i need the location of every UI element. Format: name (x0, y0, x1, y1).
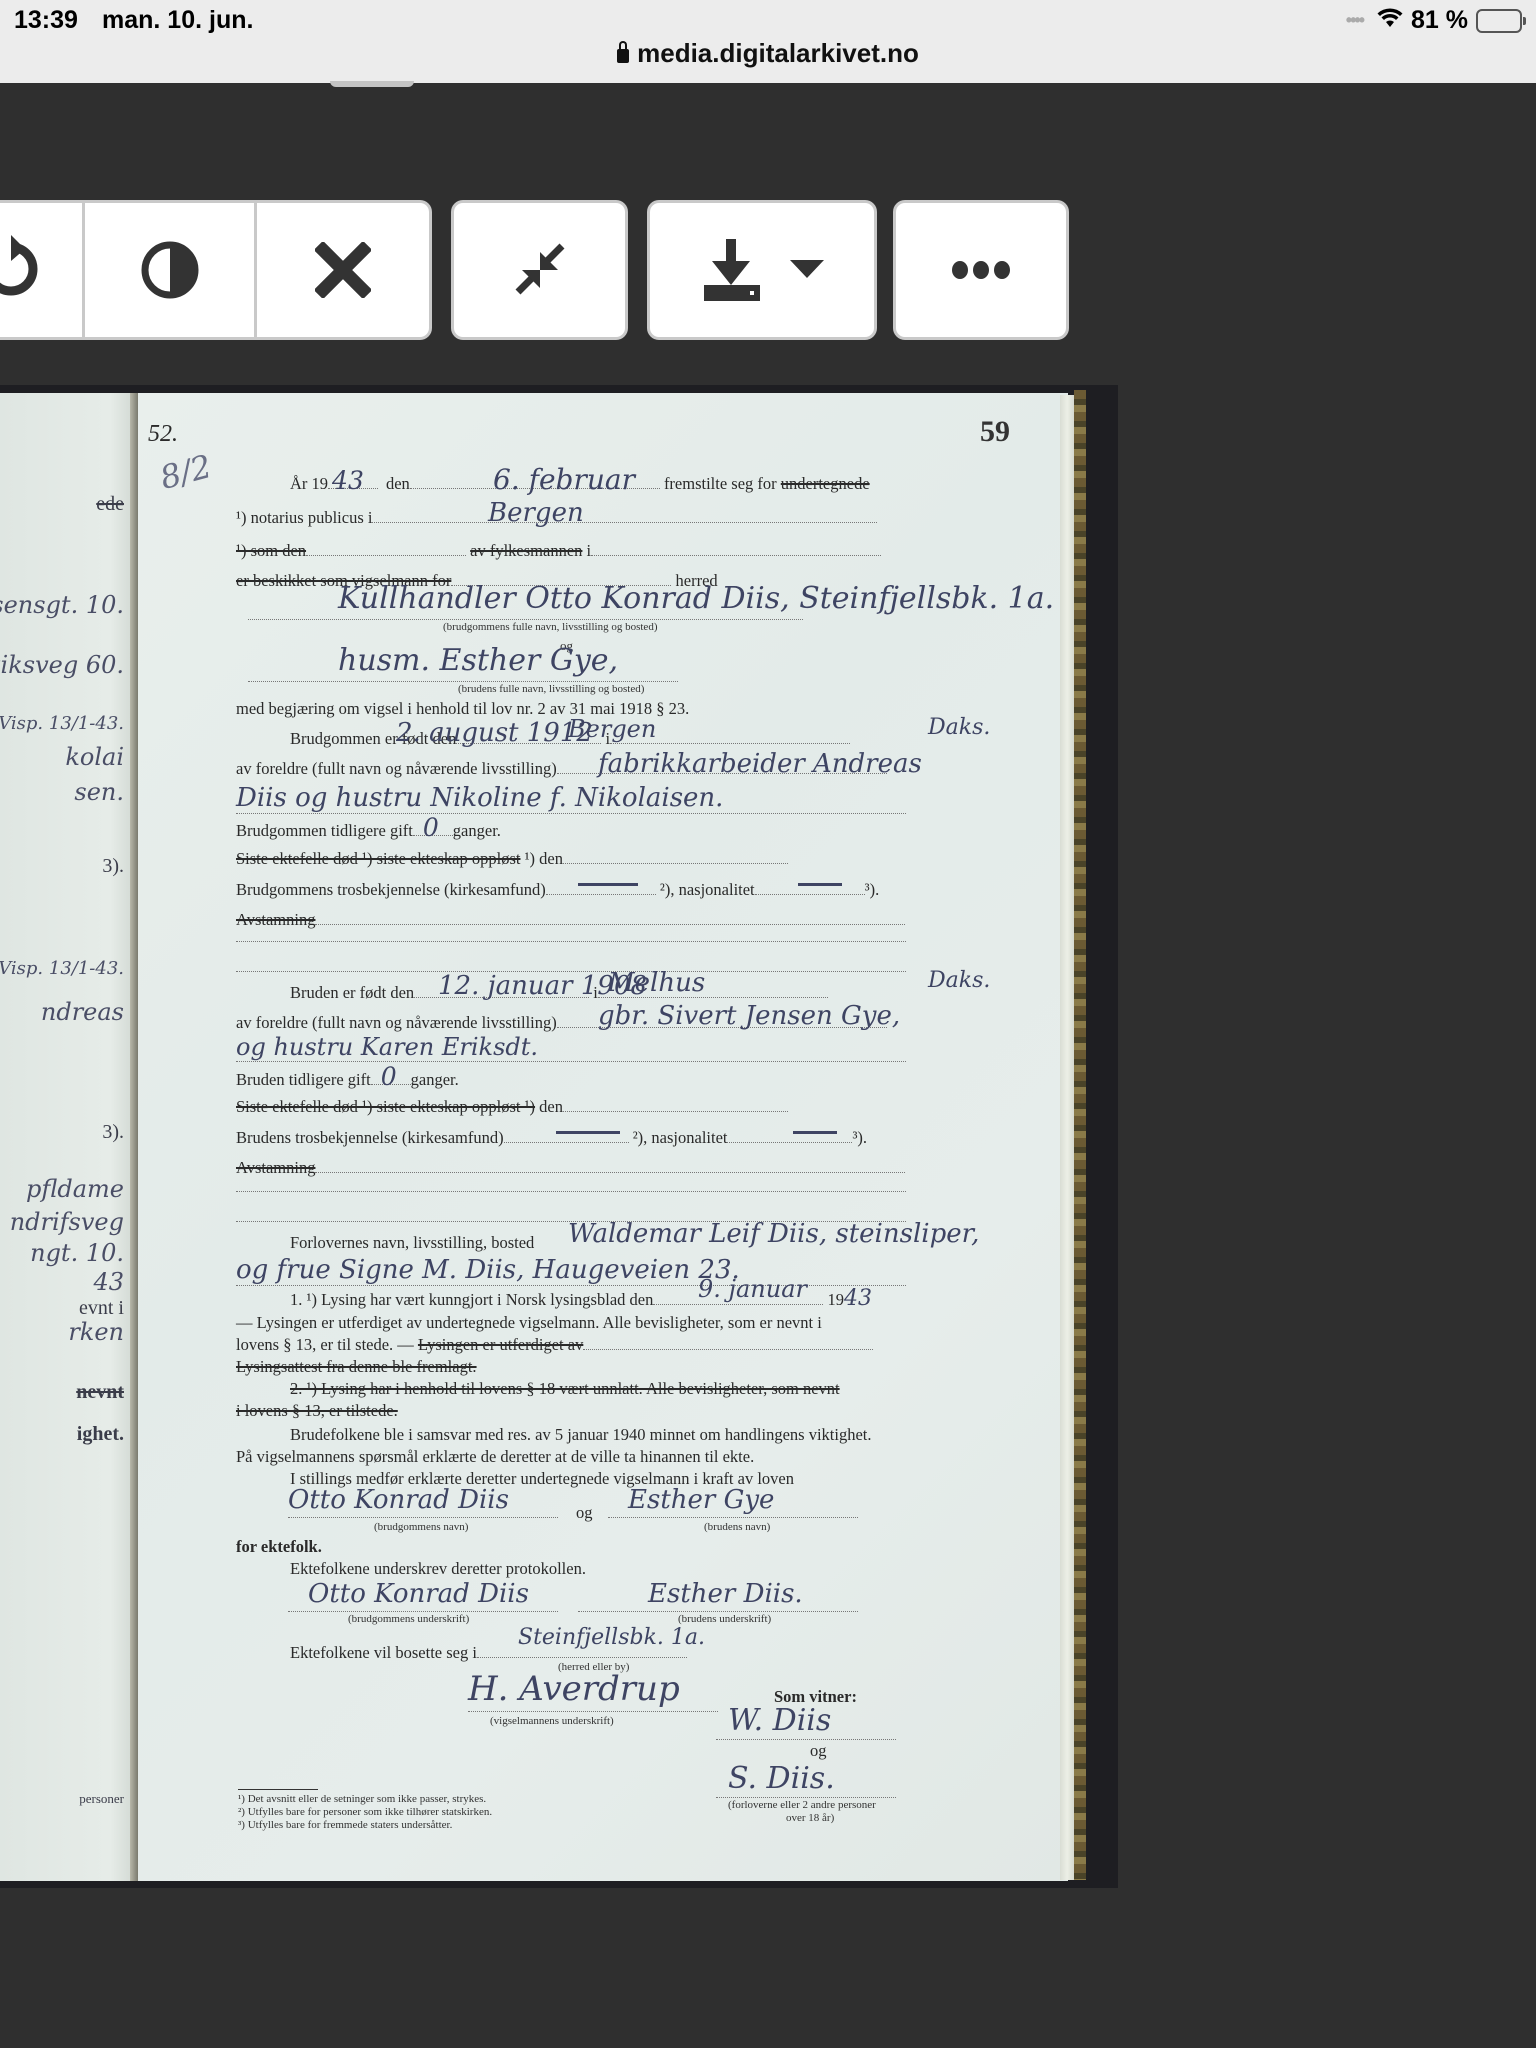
witness-caption-1: (forloverne eller 2 andre personer (728, 1799, 876, 1811)
left-fragment: ighet. (77, 1423, 124, 1446)
notarius-place-handwritten: Bergen (488, 498, 584, 528)
groom-signature: Otto Konrad Diis (308, 1579, 529, 1609)
shrink-button[interactable] (451, 200, 628, 340)
bride-descent-line: Avstamning (236, 1158, 916, 1178)
right-page: 52. 59 8/2 År 1943 den fremstilte seg fo… (138, 393, 1068, 1881)
left-fragment: evnt i (79, 1297, 124, 1320)
bride-nationality-dash (793, 1131, 837, 1134)
close-button[interactable] (257, 203, 429, 337)
download-button[interactable] (647, 200, 877, 340)
chevron-down-icon (790, 260, 824, 280)
bride-name-handwritten: Esther Gye (628, 1485, 774, 1515)
lock-icon (617, 49, 629, 63)
battery-percent: 81 % (1411, 6, 1468, 35)
status-date: man. 10. jun. (102, 6, 253, 35)
groom-prev-married-line: Brudgommen tidligere gift0ganger. (236, 818, 916, 841)
page-number: 59 (980, 415, 1010, 449)
groom-margin-note: Daks. (928, 715, 990, 740)
banns-line-5: 2. ¹) Lysing har i henhold til lovens § … (236, 1379, 916, 1399)
groom-born-date: 2. august 1912 (396, 718, 593, 748)
footnote-3: ³) Utfylles bare for fremmede staters un… (238, 1819, 452, 1832)
groom-full-handwritten: Kullhandler Otto Konrad Diis, Steinfjell… (338, 581, 1054, 616)
witness-caption-2: over 18 år) (786, 1812, 834, 1824)
ceremony-line-1: Brudefolkene ble i samsvar med res. av 5… (236, 1425, 916, 1445)
groom-parents-line1: fabrikkarbeider Andreas (598, 749, 922, 779)
dotted-line (248, 681, 678, 682)
dotted-line (236, 1061, 906, 1062)
left-fragment: 3). (102, 1121, 124, 1144)
groom-last-spouse-line: Siste ektefelle død ¹) siste ekteskap op… (236, 849, 916, 869)
left-fragment: nevnt (76, 1381, 124, 1404)
footnote-2: ²) Utfylles bare for personer som ikke t… (238, 1806, 492, 1819)
groom-descent-line: Avstamning (236, 910, 916, 930)
bride-last-spouse-line: Siste ektefelle død ¹) siste ekteskap op… (236, 1097, 916, 1117)
signal-dots-icon: •••• (1346, 10, 1363, 31)
banns-line-3: lovens § 13, er til stede. — Lysingen er… (236, 1335, 916, 1355)
footnote-rule (238, 1789, 318, 1790)
og-label: og (576, 1503, 593, 1523)
download-icon (700, 237, 764, 303)
tab-handle[interactable] (330, 81, 414, 87)
dotted-line (578, 1611, 858, 1612)
signed-line: Ektefolkene underskrev deretter protokol… (236, 1559, 916, 1579)
intro-line-3: ¹) som den av fylkesmannen i (236, 541, 916, 561)
dotted-line (468, 1711, 718, 1712)
groom-name-handwritten: Otto Konrad Diis (288, 1485, 509, 1515)
groom-name-caption: (brudgommens navn) (374, 1521, 468, 1533)
left-fragment: dviksveg 60. (0, 651, 124, 679)
address-bar[interactable]: media.digitalarkivet.no (0, 38, 1536, 69)
wifi-icon (1377, 6, 1403, 35)
witness2-signature: S. Diis. (728, 1761, 835, 1796)
more-button[interactable] (893, 200, 1069, 340)
settle-value: Steinfjellsbk. 1a. (518, 1625, 705, 1650)
bride-caption: (brudens fulle navn, livsstilling og bos… (458, 683, 644, 695)
left-fragment: Visp. 13/1-43. (0, 958, 124, 979)
ceremony-line-2: På vigselmannens spørsmål erklærte de de… (236, 1447, 916, 1467)
battery-icon (1476, 9, 1522, 33)
contrast-icon (139, 239, 201, 301)
left-fragment: 43 (93, 1268, 124, 1296)
witnesses-line2: og frue Signe M. Diis, Haugeveien 23. (236, 1255, 740, 1285)
for-ektefolk: for ektefolk. (236, 1537, 916, 1557)
left-page: ede dersensgt. 10. dviksveg 60. Visp. 13… (0, 393, 138, 1881)
banns-line-4: Lysingsattest fra denne ble fremlagt. (236, 1357, 916, 1377)
witnesses-line1: Waldemar Leif Diis, steinsliper, (568, 1219, 979, 1249)
close-icon (315, 242, 371, 298)
dotted-line (716, 1739, 896, 1740)
bride-faith-dash (556, 1131, 620, 1134)
left-fragment: 3). (102, 855, 124, 878)
rotate-icon (21, 235, 41, 305)
groom-signature-caption: (brudgommens underskrift) (348, 1613, 469, 1625)
date-handwritten: 6. februar (493, 463, 635, 496)
bride-parents-line1: gbr. Sivert Jensen Gye, (598, 1001, 900, 1031)
bride-name-caption: (brudens navn) (704, 1521, 770, 1533)
ellipsis-icon (951, 260, 1011, 280)
banns-line-6: i lovens § 13, er tilstede. (236, 1401, 916, 1421)
left-fragment: ndrifsveg (10, 1208, 124, 1236)
dotted-line (236, 941, 906, 942)
groom-born-place: Bergen (568, 715, 656, 743)
dotted-line (716, 1797, 896, 1798)
bride-signature-caption: (brudens underskrift) (678, 1613, 771, 1625)
left-fragment: pfldame (26, 1175, 124, 1203)
contrast-button[interactable] (85, 203, 257, 337)
groom-faith-dash (578, 883, 638, 886)
left-fragment: rken (68, 1318, 124, 1346)
officiant-caption: (vigselmannens underskrift) (490, 1715, 614, 1727)
left-fragment: ngt. 10. (30, 1239, 124, 1267)
bride-parents-line2: og hustru Karen Eriksdt. (236, 1033, 538, 1061)
left-fragment: personer (79, 1791, 124, 1807)
status-bar: 13:39 man. 10. jun. •••• 81 % media.digi… (0, 0, 1536, 83)
status-indicators: •••• 81 % (1346, 6, 1522, 35)
witness1-signature: W. Diis (728, 1703, 831, 1738)
book-cover-edge (1074, 390, 1086, 1880)
dotted-line (288, 1517, 558, 1518)
bride-born-place: Melhus (608, 968, 705, 998)
dotted-line (608, 1517, 858, 1518)
left-fragment: dersensgt. 10. (0, 591, 124, 619)
image-tools-group (0, 200, 432, 340)
footnote-1: ¹) Det avsnitt eller de setninger som ik… (238, 1793, 486, 1806)
status-time: 13:39 (14, 6, 78, 35)
rotate-button[interactable] (0, 203, 85, 337)
dotted-line (288, 1611, 558, 1612)
left-fragment: sen. (74, 778, 124, 806)
left-fragment: kolai (65, 743, 124, 771)
bride-prev-married-line: Bruden tidligere gift0ganger. (236, 1067, 916, 1090)
left-fragment: ede (96, 493, 124, 516)
witness-og: og (810, 1741, 827, 1761)
dotted-line (236, 813, 906, 814)
bride-full-handwritten: husm. Esther Gye, (338, 643, 618, 678)
url-text: media.digitalarkivet.no (637, 38, 919, 68)
shrink-arrows-icon (510, 240, 570, 300)
groom-parents-line2: Diis og hustru Nikoline f. Nikolaisen. (236, 783, 723, 813)
left-fragment: Visp. 13/1-43. (0, 713, 124, 734)
left-fragment: ndreas (41, 998, 124, 1026)
groom-nationality-dash (798, 883, 842, 886)
book-spine (130, 393, 138, 1881)
margin-note: 8/2 (156, 447, 216, 497)
officiant-signature: H. Averdrup (468, 1669, 680, 1709)
groom-caption: (brudgommens fulle navn, livsstilling og… (443, 621, 657, 633)
banns-line-2: — Lysingen er utferdiget av undertegnede… (236, 1313, 916, 1333)
bride-margin-note: Daks. (928, 968, 990, 993)
banns-line-1: 1. ¹) Lysing har vært kunngjort i Norsk … (236, 1289, 916, 1310)
page-number-left: 52. (148, 421, 178, 448)
banns-date: 9. januar (698, 1275, 807, 1303)
dotted-line (236, 1191, 906, 1192)
bride-signature: Esther Diis. (648, 1579, 803, 1609)
dotted-line (248, 619, 803, 620)
document-image-viewport[interactable]: ede dersensgt. 10. dviksveg 60. Visp. 13… (0, 385, 1118, 1888)
